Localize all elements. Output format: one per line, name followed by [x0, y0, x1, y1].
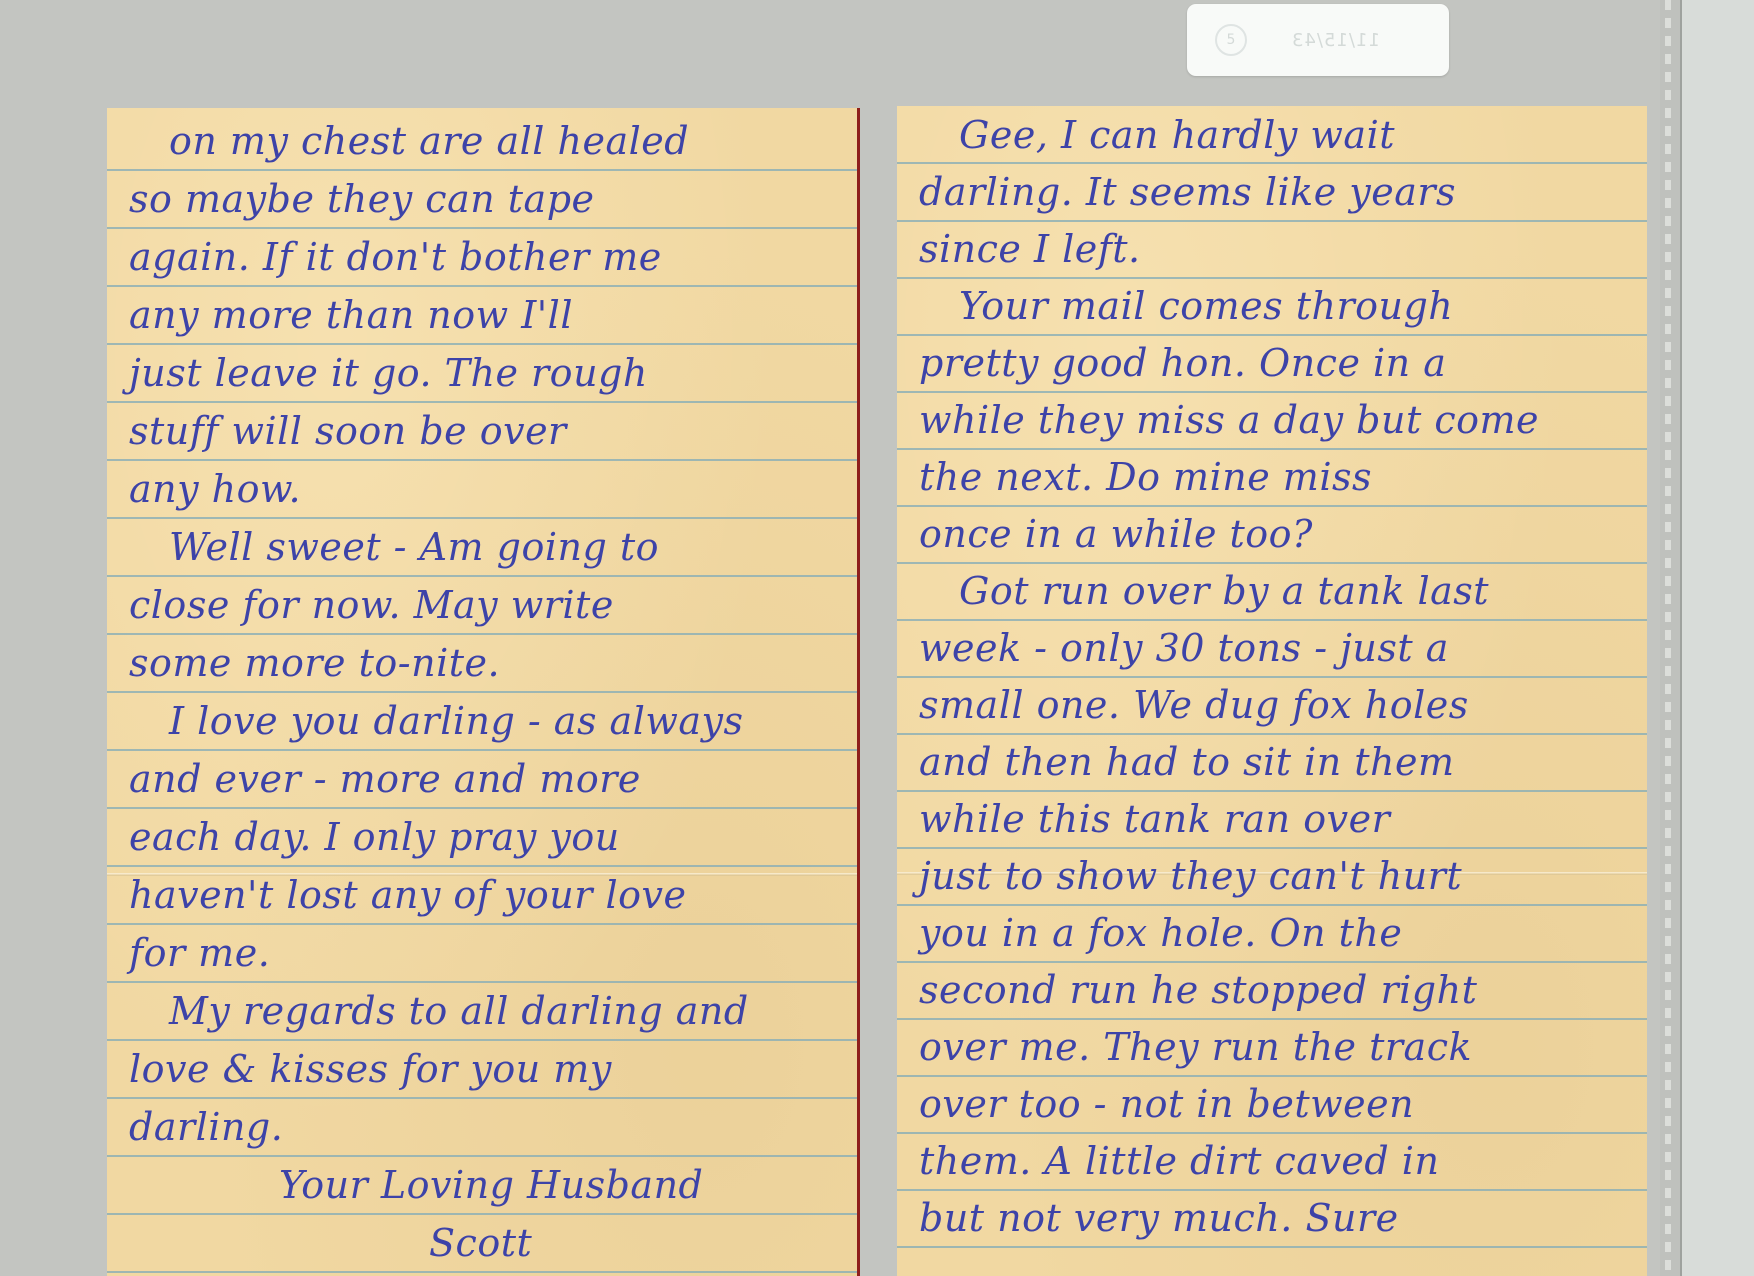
- circled-number: 5: [1215, 24, 1247, 56]
- handwritten-line: darling. It seems like years: [919, 163, 1627, 221]
- letter-page-left: on my chest are all healed so maybe they…: [107, 108, 860, 1276]
- signature-name: Scott: [129, 1214, 837, 1272]
- handwritten-line: love & kisses for you my: [129, 1040, 837, 1098]
- handwritten-line: but not very much. Sure: [919, 1189, 1627, 1247]
- handwritten-line: over too - not in between: [919, 1075, 1627, 1133]
- letter-page-right: Gee, I can hardly wait darling. It seems…: [897, 106, 1647, 1276]
- handwritten-line: stuff will soon be over: [129, 402, 837, 460]
- handwritten-line: the next. Do mine miss: [919, 448, 1627, 506]
- signature-closing: Your Loving Husband: [129, 1156, 837, 1214]
- left-page-text: on my chest are all healed so maybe they…: [107, 108, 857, 1276]
- handwritten-line: while they miss a day but come: [919, 391, 1627, 449]
- handwritten-line: Well sweet - Am going to: [129, 518, 837, 576]
- handwritten-line: and then had to sit in them: [919, 733, 1627, 791]
- handwritten-line: so maybe they can tape: [129, 170, 837, 228]
- handwritten-line: week - only 30 tons - just a: [919, 619, 1627, 677]
- handwritten-line: you in a fox hole. On the: [919, 904, 1627, 962]
- handwritten-line: haven't lost any of your love: [129, 866, 837, 924]
- sleeve-perforation: [1665, 0, 1671, 1276]
- handwritten-line: while this tank ran over: [919, 790, 1627, 848]
- handwritten-line: on my chest are all healed: [129, 112, 837, 170]
- sleeve-margin: [1682, 0, 1754, 1276]
- archive-label-sticker: 5 11/15/43: [1187, 4, 1449, 76]
- handwritten-line: and ever - more and more: [129, 750, 837, 808]
- handwritten-line: once in a while too?: [919, 505, 1627, 563]
- handwritten-line: since I left.: [919, 220, 1627, 278]
- handwritten-line: any more than now I'll: [129, 286, 837, 344]
- right-page-text: Gee, I can hardly wait darling. It seems…: [897, 106, 1647, 1276]
- handwritten-line: Your mail comes through: [919, 277, 1627, 335]
- handwritten-line: some more to-nite.: [129, 634, 837, 692]
- handwritten-line: for me.: [129, 924, 837, 982]
- handwritten-line: each day. I only pray you: [129, 808, 837, 866]
- handwritten-line: over me. They run the track: [919, 1018, 1627, 1076]
- label-date: 11/15/43: [1291, 30, 1380, 51]
- handwritten-line: Gee, I can hardly wait: [919, 106, 1627, 164]
- handwritten-line: just to show they can't hurt: [919, 847, 1627, 905]
- handwritten-line: pretty good hon. Once in a: [919, 334, 1627, 392]
- handwritten-line: just leave it go. The rough: [129, 344, 837, 402]
- handwritten-line: again. If it don't bother me: [129, 228, 837, 286]
- handwritten-line: small one. We dug fox holes: [919, 676, 1627, 734]
- handwritten-line: My regards to all darling and: [129, 982, 837, 1040]
- handwritten-line: second run he stopped right: [919, 961, 1627, 1019]
- handwritten-line: close for now. May write: [129, 576, 837, 634]
- handwritten-line: any how.: [129, 460, 837, 518]
- sleeve-seam: [1660, 0, 1682, 1276]
- handwritten-line: I love you darling - as always: [129, 692, 837, 750]
- handwritten-line: darling.: [129, 1098, 837, 1156]
- handwritten-line: Got run over by a tank last: [919, 562, 1627, 620]
- handwritten-line: them. A little dirt caved in: [919, 1132, 1627, 1190]
